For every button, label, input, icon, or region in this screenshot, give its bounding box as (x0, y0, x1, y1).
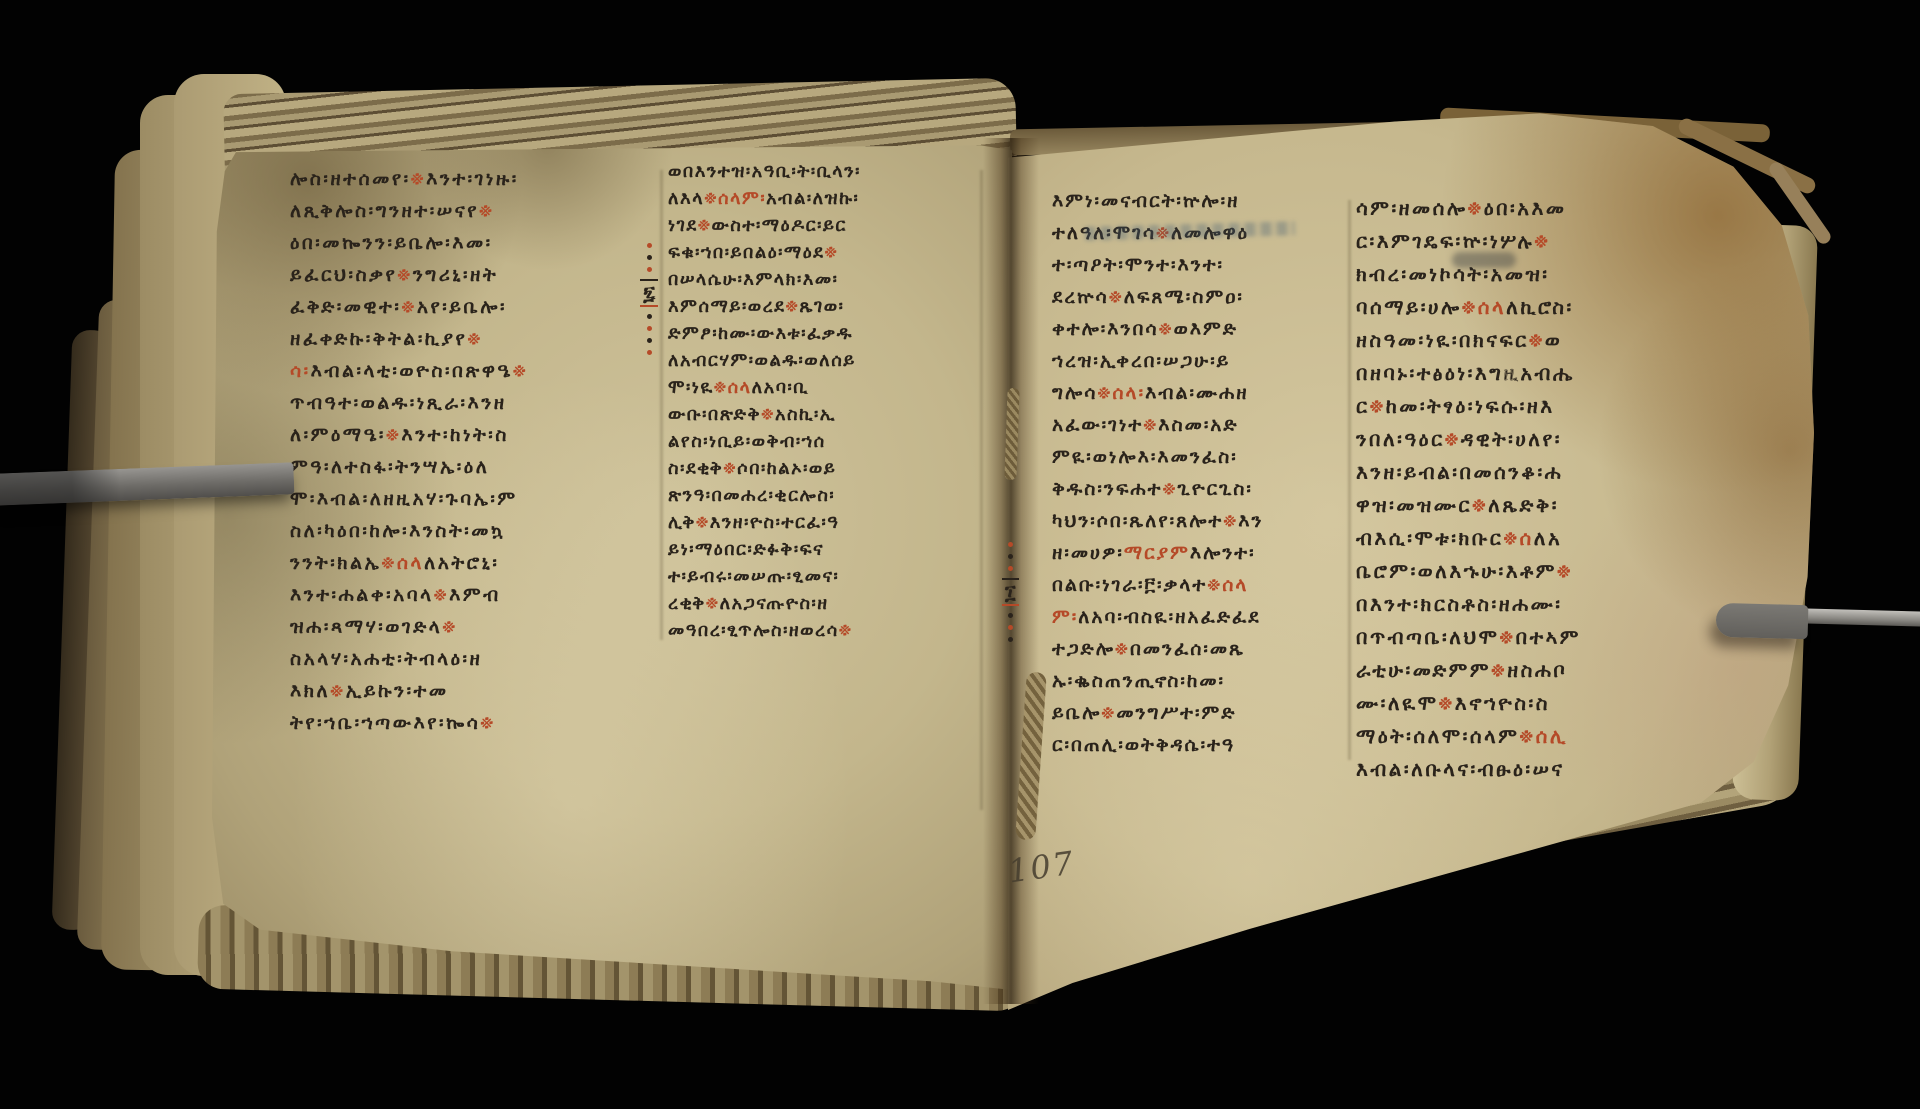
text-line: ለእላ፠ሰላም፡አብል፡ለዝኩ፡ (668, 185, 976, 212)
ink-text: ካህን፡ሶበ፡ጼለየ፡ጸሎተ (1052, 510, 1223, 532)
rubric-text: ሳ፡ (290, 360, 311, 382)
ornament-dot (1008, 542, 1013, 547)
rubric-text: ፠ (480, 712, 496, 734)
text-line: አፈው፡ገነተ፠እስመ፡አድ (1052, 409, 1350, 441)
text-line: ንበለ፡ዓዕር፠ዳዊት፡ሀለየ፡ (1356, 423, 1678, 456)
rubric-text: ፠ (381, 552, 397, 574)
ink-text: እምሰማይ፡ወረደ (668, 296, 786, 317)
marginal-numeral: ፲ (1002, 578, 1019, 606)
text-line: ካህን፡ሶበ፡ጼለየ፡ጸሎተ፠እን (1052, 505, 1350, 537)
text-line: ድምፆ፡ከሙ፡ውእቱ፡ፈቃዱ (668, 320, 976, 347)
rubric-text: ፠ (714, 377, 728, 398)
ink-text: ወእምድ (1174, 318, 1238, 340)
ink-text: አብል፡ለዝኩ፡ (766, 188, 859, 209)
ink-text: ቤሮም፡ወለእኁሁ፡እቶም (1356, 559, 1557, 583)
ink-text: ራቲሁ፡መድምም (1356, 658, 1491, 682)
ink-text: አፈው፡ገነተ (1052, 414, 1143, 436)
rubric-text: ፠ (825, 242, 839, 263)
ink-text: እንዘ፡ይብል፡በመሰንቆ፡ሐ (1356, 460, 1563, 484)
ink-text: ለአብርሃም፡ወልዱ፡ወለሰይ (668, 350, 856, 371)
ink-text: ንግሪኒ፡ዘት (413, 264, 498, 286)
ink-text: ለአባ፡ቢ (752, 377, 809, 398)
ornament-dot (1008, 566, 1013, 571)
text-line: ፍቁ፡ኀበ፡ይበልዕ፡ማዕደ፠ (668, 239, 976, 266)
ink-text: ዕበ፡አእመ (1484, 196, 1567, 220)
ornament-dot (647, 326, 652, 331)
ink-text: እንተ፡ከነት፡ስ (401, 424, 509, 446)
text-line: ቅዱስ፡ንፍሐተ፠ጊዮርጊስ፡ (1052, 473, 1350, 505)
ink-text: ተጋድሎ (1052, 638, 1115, 660)
text-line: ኡ፡ቈስጠንጢኖስ፡ከመ፡ (1052, 665, 1350, 697)
text-line: ጥብዓተ፡ወልዱ፡ነጺራ፡እንዘ (290, 387, 642, 419)
ink-text: ጊዮርጊስ፡ (1178, 478, 1253, 500)
ink-text: ጼገወ፡ (799, 296, 844, 317)
ink-text: በመንፈሰ፡መጼ (1130, 638, 1245, 660)
rubric-text: ፠ (513, 360, 529, 382)
text-line: ለአብርሃም፡ወልዱ፡ወለሰይ (668, 347, 976, 374)
text-line: ጽንዓ፡በመሐረ፡ቂርሎስ፡ (668, 482, 976, 509)
rubric-text: ማርያም (1124, 542, 1190, 564)
text-line: በልቡ፡ነገራ፡፫፡ቃላተ፠ሰላ (1052, 569, 1350, 601)
text-line: ወበእንተዝ፡አዓቢ፡ት፡ቢላን፡ (668, 158, 976, 185)
ink-text: ዘፈቀድኩ፡ቅትል፡ኪያየ (290, 328, 467, 350)
rubric-text: ፠ (397, 264, 413, 286)
ornament-dot (1008, 637, 1013, 642)
text-line: ግሎሳ፠ሰላ፡እብል፡ሙሐዘ (1052, 377, 1350, 409)
rubric-text: ፠ (330, 680, 346, 702)
text-line: ብእሲ፡ሞቱ፡ክቡር፠ሰለአ (1356, 522, 1678, 555)
text-line: ሳ፡እብል፡ላቲ፡ወዮስ፡በጽዋዔ፠ (290, 355, 642, 387)
rubric-text: ፠ (479, 200, 495, 222)
ornament-dot (647, 267, 652, 272)
rubric-text: ሰላ (728, 377, 752, 398)
rubric-text: ፠ (1499, 625, 1515, 649)
ink-text: ክብረ፡መነኮሳት፡አመዝ፡ (1356, 262, 1550, 286)
text-line: ዝሐ፡ጻማሃ፡ወገድላ፠ (290, 611, 642, 643)
ink-text: ዘ፡መሀዎ፡ (1052, 542, 1124, 564)
ink-text: ጽንዓ፡በመሐረ፡ቂርሎስ፡ (668, 485, 835, 506)
text-line: ንንት፡ክልኤ፠ሰላለአትሮኒ፡ (290, 547, 642, 579)
ink-text: ለአ (1534, 526, 1562, 550)
ink-text: ነገደ (668, 215, 698, 236)
text-line: ቀተሎ፡እንበሳ፠ወእምድ (1052, 313, 1350, 345)
ink-text: በልቡ፡ነገራ፡፫፡ቃላተ (1052, 574, 1207, 596)
marginal-numeral-ornament-left: ፯ (640, 243, 658, 355)
ink-text: ድምፆ፡ከሙ፡ውእቱ፡ፈቃዱ (668, 323, 853, 344)
ink-text: ወ (1545, 328, 1562, 352)
text-line: ምዓ፡ለተስፋ፡ትንሣኤ፡ዕለ (290, 451, 642, 483)
text-line: ኀረዝ፡ኢቀረበ፡ሠጋሁ፡ይ (1052, 345, 1350, 377)
ink-text: ዕበ፡መኰንን፡ይቤሎ፡እመ፡ (290, 232, 493, 254)
text-line: ባሰማይ፡ሀሎ፠ሰላለኪሮስ፡ (1356, 291, 1678, 324)
ink-text: እብል፡ላቲ፡ወዮስ፡በጽዋዔ (311, 360, 513, 382)
rubric-text: ፠ (696, 512, 710, 533)
rubric-text: ፠ (1163, 478, 1178, 500)
rubric-text: ፠ (386, 424, 402, 446)
ink-text: ፍቁ፡ኀበ፡ይበልዕ፡ማዕደ (668, 242, 825, 263)
rubric-text: ፠ (1557, 559, 1573, 583)
text-line: ሞ፡ነዪ፠ሰላለአባ፡ቢ (668, 374, 976, 401)
ink-text: እክለ (290, 680, 330, 702)
ink-text: ማዕት፡ሰለሞ፡ሰላም (1356, 724, 1519, 748)
text-line: በዘባኑ፡ተፅዕነ፡እግዚአብሔ (1356, 357, 1678, 390)
rubric-text: ፠ (442, 616, 458, 638)
text-line: ዘ፡መሀዎ፡ማርያምእሎንተ፡ (1052, 537, 1350, 569)
ink-text: ብእሲ፡ሞቱ፡ክቡር (1356, 526, 1503, 550)
ink-text: ምዪ፡ወነሎእ፡እመንፈስ፡ (1052, 446, 1238, 468)
text-line: ይቤሎ፠መንግሥተ፡ምድ (1052, 697, 1350, 729)
rubric-text: ፠ (1491, 658, 1507, 682)
text-line: ሳም፡ዘመሰሎ፠ዕበ፡አእመ (1356, 192, 1678, 225)
ornament-dot (1008, 625, 1013, 630)
ink-text: ንንት፡ክልኤ (290, 552, 381, 574)
ornament-dot (647, 255, 652, 260)
text-line: ተ፡ጣዖት፡ሞንተ፡እንተ፡ (1052, 249, 1350, 281)
ink-text: ምዓ፡ለተስፋ፡ትንሣኤ፡ዕለ (290, 456, 489, 478)
marginal-numeral-ornament-right: ፲ (1002, 542, 1019, 642)
ink-text: ዋዝ፡መዝሙር (1356, 493, 1472, 517)
ink-text: ር፡እምገዴፍ፡ኵ፡ነሦሉ (1356, 229, 1534, 253)
text-line: ዕበ፡መኰንን፡ይቤሎ፡እመ፡ (290, 227, 642, 259)
ink-text: በሠላሴሁ፡እምላክ፡እመ፡ (668, 269, 838, 290)
rubric-text: ፠ (1439, 691, 1455, 715)
rubric-text: ሰላ (1478, 295, 1506, 319)
ink-text: በእንተ፡ክርስቶስ፡ዘሐሙ፡ (1356, 592, 1562, 616)
ink-text: እንተ፡ሐልቀ፡አባላ (290, 584, 434, 606)
rubric-text: ፠ (706, 593, 720, 614)
rubric-text: ፠ (698, 215, 712, 236)
text-line: ም፡ለአባ፡ብስዪ፡ዘአፈድፈደ (1052, 601, 1350, 633)
ink-text: ለአትሮኒ፡ (424, 552, 499, 574)
ink-text: እብል፡ሙሐዘ (1145, 382, 1248, 404)
ink-text: ኢይኩን፡ተመ (346, 680, 449, 702)
ink-text: ስአላሃ፡አሐቲ፡ትብላዕ፡ዘ (290, 648, 482, 670)
text-line: ተ፡ይብሩ፡መሠጡ፡ፂመና፡ (668, 563, 976, 590)
text-column-right-1: እምነ፡መናብርት፡ኵሎ፡ዘተለዓለ፡ሞገሳ፠ለመሎዋዕተ፡ጣዖት፡ሞንተ፡እን… (1052, 185, 1350, 761)
text-line: ሙ፡ለዪሞ፠እኖኀዮስ፡ስ (1356, 687, 1678, 720)
ink-text: በጥብጣቤ፡ለህሞ (1356, 625, 1499, 649)
rubric-text: ፠ (1223, 510, 1238, 532)
text-line: ስአላሃ፡አሐቲ፡ትብላዕ፡ዘ (290, 643, 642, 675)
ink-text: ለ፡ምዕማዔ፡ (290, 424, 386, 446)
rubric-text: ሰላም፡ (718, 188, 766, 209)
ink-text: ግሎሳ (1052, 382, 1097, 404)
ink-text: እብል፡ለቡላና፡ብፁዕ፡ሠና (1356, 757, 1564, 781)
ink-text: ልየስ፡ነቢይ፡ወቅብ፡ኀሰ (668, 431, 826, 452)
text-line: ውቡ፡በጽድቅ፠አስኪ፡ኢ (668, 401, 976, 428)
page-holder-rod-right-tip (1716, 603, 1809, 639)
ink-text: ለኪሮስ፡ (1506, 295, 1574, 319)
ink-text: ውቡ፡በጽድቅ (668, 404, 761, 425)
rubric-text: ፠ (1503, 526, 1519, 550)
ink-text: ተ፡ጣዖት፡ሞንተ፡እንተ፡ (1052, 254, 1224, 276)
rubric-text: ፠ (1462, 295, 1478, 319)
ink-text: መዓበረ፡ፂጥሎስ፡ዘወረሳ (668, 620, 839, 641)
text-line: ዘፈቀድኩ፡ቅትል፡ኪያየ፠ (290, 323, 642, 355)
rubric-text: ፠ (1519, 724, 1535, 748)
ink-text: ለጺቅሎስ፡ግንዘተ፡ሠናየ (290, 200, 479, 222)
ink-text: ሳም፡ዘመሰሎ (1356, 196, 1467, 220)
text-line: እብል፡ለቡላና፡ብፁዕ፡ሠና (1356, 753, 1678, 786)
ink-text: ረቂቅ (668, 593, 706, 614)
ink-text: ሶበ፡ከልኦ፡ወይ (737, 458, 836, 479)
text-line: ር፡እምገዴፍ፡ኵ፡ነሦሉ፠ (1356, 225, 1678, 258)
rubric-text: ፠ (1370, 394, 1386, 418)
ink-text: ለፍጸሜ፡ስምዐ፡ (1124, 286, 1244, 308)
ink-text: ይቤሎ (1052, 702, 1101, 724)
text-line: እክለ፠ኢይኩን፡ተመ (290, 675, 642, 707)
rubric-text: ፠ (786, 296, 800, 317)
text-line: ዘስዓመ፡ነዪ፡በክናፍር፠ወ (1356, 324, 1678, 357)
text-line: ተጋድሎ፠በመንፈሰ፡መጼ (1052, 633, 1350, 665)
ink-text: ይፈርህ፡ስቃየ (290, 264, 397, 286)
text-line: ቤሮም፡ወለእኁሁ፡እቶም፠ (1356, 555, 1678, 588)
ink-text: ሞ፡ነዪ (668, 377, 714, 398)
marginal-numeral: ፯ (640, 279, 658, 307)
rubric-text: ፠ (1467, 196, 1483, 220)
ink-text: በዘባኑ፡ተፅዕነ፡እግዚአብሔ (1356, 361, 1575, 385)
ink-text: ስለ፡ካዕበ፡ከሎ፡እንስት፡መኳ (290, 520, 506, 542)
ink-text: እንተ፡ገነዙ፡ (426, 168, 519, 190)
ink-text: ለጼድቅ፡ (1488, 493, 1559, 517)
rubric-text: ፠ (723, 458, 737, 479)
text-line: እምነ፡መናብርት፡ኵሎ፡ዘ (1052, 185, 1350, 217)
ink-text: ከመ፡ትፃዕ፡ነፍሱ፡ዘእ (1386, 394, 1555, 418)
text-line: ክብረ፡መነኮሳት፡አመዝ፡ (1356, 258, 1678, 291)
ink-text: ሙ፡ለዪሞ (1356, 691, 1439, 715)
ink-text: ዘስዓመ፡ነዪ፡በክናፍር (1356, 328, 1529, 352)
rubric-text: ፠ (1207, 574, 1222, 596)
ink-text: ውስተ፡ማዕዶር፡ይር (712, 215, 847, 236)
text-line: ልየስ፡ነቢይ፡ወቅብ፡ኀሰ (668, 428, 976, 455)
text-line: እንተ፡ሐልቀ፡አባላ፠እምብ (290, 579, 642, 611)
ink-text: እኖኀዮስ፡ስ (1455, 691, 1550, 715)
ink-text: እምብ (449, 584, 501, 606)
text-column-left-1: ሎስ፡ዘተሰመየ፡፠እንተ፡ገነዙ፡ለጺቅሎስ፡ግንዘተ፡ሠናየ፠ዕበ፡መኰንን… (290, 163, 642, 739)
ink-text: ፈቅድ፡መዊተ፡ (290, 296, 401, 318)
rubric-text: ፠ (434, 584, 450, 606)
ink-text: ስ፡ደቂቅ (668, 458, 723, 479)
ink-text: ዳዊት፡ሀለየ፡ (1461, 427, 1562, 451)
ink-text: ቀተሎ፡እንበሳ (1052, 318, 1159, 340)
rubric-text: ሰላ (1222, 574, 1248, 596)
rubric-text: ፠ (839, 620, 853, 641)
ink-text: ኡ፡ቈስጠንጢኖስ፡ከመ፡ (1052, 670, 1225, 692)
ink-text: ቅዱስ፡ንፍሐተ (1052, 478, 1163, 500)
ornament-dot (1008, 554, 1013, 559)
text-column-left-2: ወበእንተዝ፡አዓቢ፡ት፡ቢላን፡ለእላ፠ሰላም፡አብል፡ለዝኩ፡ነገደ፠ውስተ… (668, 158, 976, 644)
ornament-dot (647, 314, 652, 319)
rubric-text: ፠ (1115, 638, 1130, 660)
ink-text: አየ፡ይቤሎ፡ (417, 296, 507, 318)
rubric-text: ፠ (411, 168, 427, 190)
ink-text: ዝሐ፡ጻማሃ፡ወገድላ (290, 616, 442, 638)
text-line: ነገደ፠ውስተ፡ማዕዶር፡ይር (668, 212, 976, 239)
text-line: እንዘ፡ይብል፡በመሰንቆ፡ሐ (1356, 456, 1678, 489)
text-line: ሊቅ፠እንዘ፡ዮስ፡ተርፈ፡ዓ (668, 509, 976, 536)
text-line: እምሰማይ፡ወረደ፠ጼገወ፡ (668, 293, 976, 320)
text-line: ዋዝ፡መዝሙር፠ለጼድቅ፡ (1356, 489, 1678, 522)
rubric-text: ፠ (1097, 382, 1112, 404)
rubric-text: ፠ (1529, 328, 1545, 352)
text-line: በእንተ፡ክርስቶስ፡ዘሐሙ፡ (1356, 588, 1678, 621)
text-line: ማዕት፡ሰለሞ፡ሰላም፠ሰሊ (1356, 720, 1678, 753)
rubric-text: ፠ (1143, 414, 1158, 436)
text-line: ሎስ፡ዘተሰመየ፡፠እንተ፡ገነዙ፡ (290, 163, 642, 195)
ink-text: በተኣም (1516, 625, 1581, 649)
ink-text: ጥብዓተ፡ወልዱ፡ነጺራ፡እንዘ (290, 392, 507, 414)
text-line: ይነ፡ማዕበር፡ድፉቅ፡ፍና (668, 536, 976, 563)
ink-text: ኀረዝ፡ኢቀረበ፡ሠጋሁ፡ይ (1052, 350, 1230, 372)
ornament-dot (647, 350, 652, 355)
ink-text: ር (1356, 394, 1370, 418)
ink-smudge (1452, 252, 1516, 268)
text-line: ስ፡ደቂቅ፠ሶበ፡ከልኦ፡ወይ (668, 455, 976, 482)
text-line: ለጺቅሎስ፡ግንዘተ፡ሠናየ፠ (290, 195, 642, 227)
ink-text: አስኪ፡ኢ (775, 404, 836, 425)
text-line: ረቂቅ፠ለአጋናጡዮስ፡ዘ (668, 590, 976, 617)
ornament-dot (647, 338, 652, 343)
text-column-right-2: ሳም፡ዘመሰሎ፠ዕበ፡አእመር፡እምገዴፍ፡ኵ፡ነሦሉ፠ክብረ፡መነኮሳት፡አመ… (1356, 192, 1678, 786)
rubric-text: ፠ (1109, 286, 1124, 308)
rubric-text: ሰላ (397, 552, 424, 574)
ink-text: ትየ፡ኀቤ፡ኀጣውእየ፡ኰሳ (290, 712, 480, 734)
ornament-dot (1008, 613, 1013, 618)
text-line: ይፈርህ፡ስቃየ፠ንግሪኒ፡ዘት (290, 259, 642, 291)
rubric-text: ሰሊ (1536, 724, 1568, 748)
text-line: ፈቅድ፡መዊተ፡፠አየ፡ይቤሎ፡ (290, 291, 642, 323)
rubric-text: ፠ (401, 296, 417, 318)
ink-text: ደረኵሳ (1052, 286, 1109, 308)
page-crease (660, 170, 663, 640)
rubric-text: ፠ (761, 404, 775, 425)
ink-text: ንበለ፡ዓዕር (1356, 427, 1445, 451)
ink-text: እስመ፡አድ (1158, 414, 1238, 436)
ink-text: ባሰማይ፡ሀሎ (1356, 295, 1462, 319)
ink-text: ለአጋናጡዮስ፡ዘ (720, 593, 829, 614)
rubric-text: ፠ (704, 188, 718, 209)
ornament-dot (647, 243, 652, 248)
text-line: ደረኵሳ፠ለፍጸሜ፡ስምዐ፡ (1052, 281, 1350, 313)
ink-text: ዘስሐቦ (1507, 658, 1567, 682)
ink-text: እሎንተ፡ (1190, 542, 1256, 564)
text-line: ለ፡ምዕማዔ፡፠እንተ፡ከነት፡ስ (290, 419, 642, 451)
text-line: ሞ፡እብል፡ለዘዚአሃ፡ጉባኤ፡ም (290, 483, 642, 515)
rubric-text: ፠ (1534, 229, 1550, 253)
ink-text: መንግሥተ፡ምድ (1116, 702, 1236, 724)
rubric-text: ፠ (1472, 493, 1488, 517)
page-holder-rod-right-shaft (1800, 608, 1920, 626)
text-line: ራቲሁ፡መድምም፠ዘስሐቦ (1356, 654, 1678, 687)
text-line: ስለ፡ካዕበ፡ከሎ፡እንስት፡መኳ (290, 515, 642, 547)
rubric-text: ፠ (467, 328, 483, 350)
rubric-text: ፠ (1159, 318, 1174, 340)
rubric-text: ም፡ (1052, 606, 1078, 628)
text-line: ትየ፡ኀቤ፡ኀጣውእየ፡ኰሳ፠ (290, 707, 642, 739)
ink-text: ይነ፡ማዕበር፡ድፉቅ፡ፍና (668, 539, 824, 560)
ink-text: እምነ፡መናብርት፡ኵሎ፡ዘ (1052, 190, 1239, 212)
ink-text: ር፡በጠሊ፡ወትቅዳሴ፡ተዓ (1052, 734, 1235, 756)
ink-text: ሎስ፡ዘተሰመየ፡ (290, 168, 411, 190)
ink-text: ተ፡ይብሩ፡መሠጡ፡ፂመና፡ (668, 566, 839, 587)
ink-text: ለአባ፡ብስዪ፡ዘአፈድፈደ (1078, 606, 1260, 628)
text-line: ምዪ፡ወነሎእ፡እመንፈስ፡ (1052, 441, 1350, 473)
ink-text: ወበእንተዝ፡አዓቢ፡ት፡ቢላን፡ (668, 161, 861, 182)
text-line: በጥብጣቤ፡ለህሞ፠በተኣም (1356, 621, 1678, 654)
text-line: በሠላሴሁ፡እምላክ፡እመ፡ (668, 266, 976, 293)
rubric-text: ሰ (1520, 526, 1534, 550)
ink-text: ሞ፡እብል፡ለዘዚአሃ፡ጉባኤ፡ም (290, 488, 518, 510)
ink-text: እንዘ፡ዮስ፡ተርፈ፡ዓ (710, 512, 840, 533)
ink-text: ለእላ (668, 188, 704, 209)
text-line: ር፡በጠሊ፡ወትቅዳሴ፡ተዓ (1052, 729, 1350, 761)
rubric-text: ፠ (1445, 427, 1461, 451)
text-line: መዓበረ፡ፂጥሎስ፡ዘወረሳ፠ (668, 617, 976, 644)
manuscript-photo: ሎስ፡ዘተሰመየ፡፠እንተ፡ገነዙ፡ለጺቅሎስ፡ግንዘተ፡ሠናየ፠ዕበ፡መኰንን… (0, 0, 1920, 1109)
ink-text: ሊቅ (668, 512, 696, 533)
rubric-text: ሰላ፡ (1112, 382, 1145, 404)
text-line: ር፠ከመ፡ትፃዕ፡ነፍሱ፡ዘእ (1356, 390, 1678, 423)
ink-text: እን (1238, 510, 1263, 532)
rubric-text: ፠ (1101, 702, 1116, 724)
